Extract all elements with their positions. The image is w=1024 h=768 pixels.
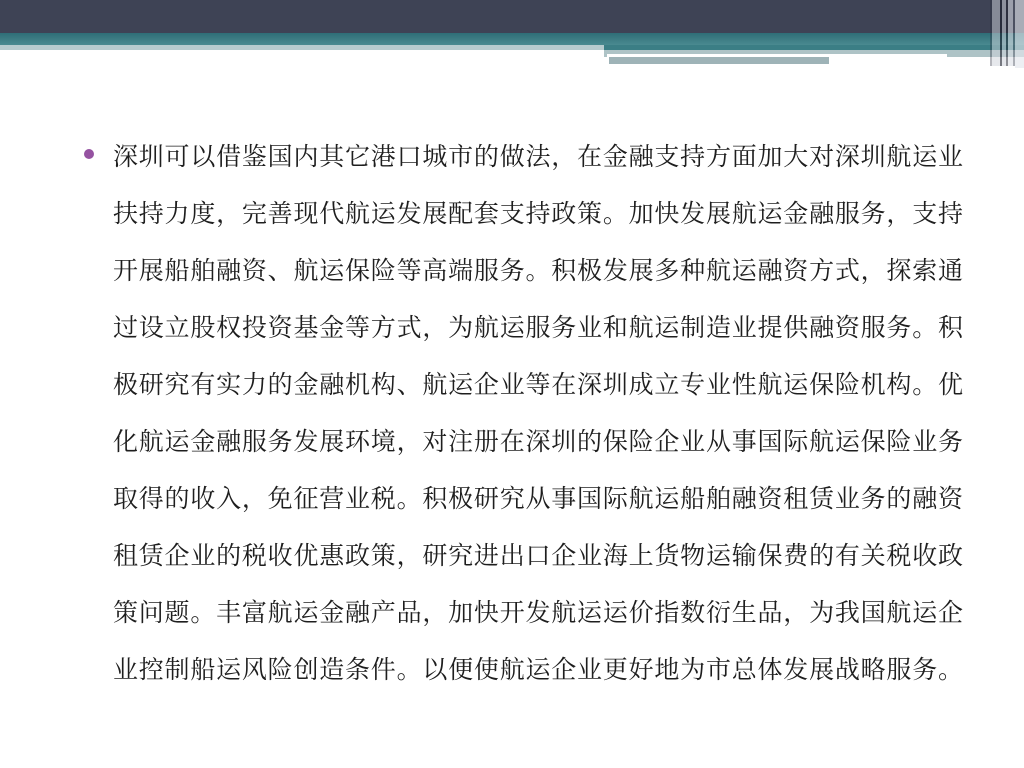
- paragraph-line: 开展船舶融资、航运保险等高端服务。积极发展多种航运融资方式，探索通: [113, 243, 963, 300]
- paragraph-line: 策问题。丰富航运金融产品，加快开发航运运价指数衍生品，为我国航运企: [113, 585, 963, 642]
- paragraph-line: 扶持力度，完善现代航运发展配套支持政策。加快发展航运金融服务，支持: [113, 186, 963, 243]
- bullet-paragraph: 深圳可以借鉴国内其它港口城市的做法，在金融支持方面加大对深圳航运业 扶持力度，完…: [113, 129, 963, 699]
- paragraph-line: 深圳可以借鉴国内其它港口城市的做法，在金融支持方面加大对深圳航运业: [113, 129, 963, 186]
- paragraph-line: 过设立股权投资基金等方式，为航运服务业和航运制造业提供融资服务。积: [113, 300, 963, 357]
- header-light-band-left: [0, 45, 604, 50]
- paragraph-line: 极研究有实力的金融机构、航运企业等在深圳成立专业性航运保险机构。优: [113, 357, 963, 414]
- right-edge-stripes-decoration: [988, 0, 1024, 68]
- paragraph-line: 业控制船运风险创造条件。以便使航运企业更好地为市总体发展战略服务。: [113, 642, 963, 699]
- edge-stripe: [992, 0, 1000, 66]
- edge-stripe: [1015, 0, 1024, 68]
- header-dark-bar: [0, 0, 1024, 33]
- slide-canvas: 深圳可以借鉴国内其它港口城市的做法，在金融支持方面加大对深圳航运业 扶持力度，完…: [0, 0, 1024, 768]
- paragraph-line: 租赁企业的税收优惠政策，研究进出口企业海上货物运输保费的有关税收政: [113, 528, 963, 585]
- header-teal-bar: [0, 33, 1024, 45]
- header-gray-band-right: [609, 57, 829, 64]
- paragraph-line: 取得的收入，免征营业税。积极研究从事国际航运船舶融资租赁业务的融资: [113, 471, 963, 528]
- bullet-icon: [84, 149, 94, 159]
- paragraph-line: 化航运金融服务发展环境，对注册在深圳的保险企业从事国际航运保险业务: [113, 414, 963, 471]
